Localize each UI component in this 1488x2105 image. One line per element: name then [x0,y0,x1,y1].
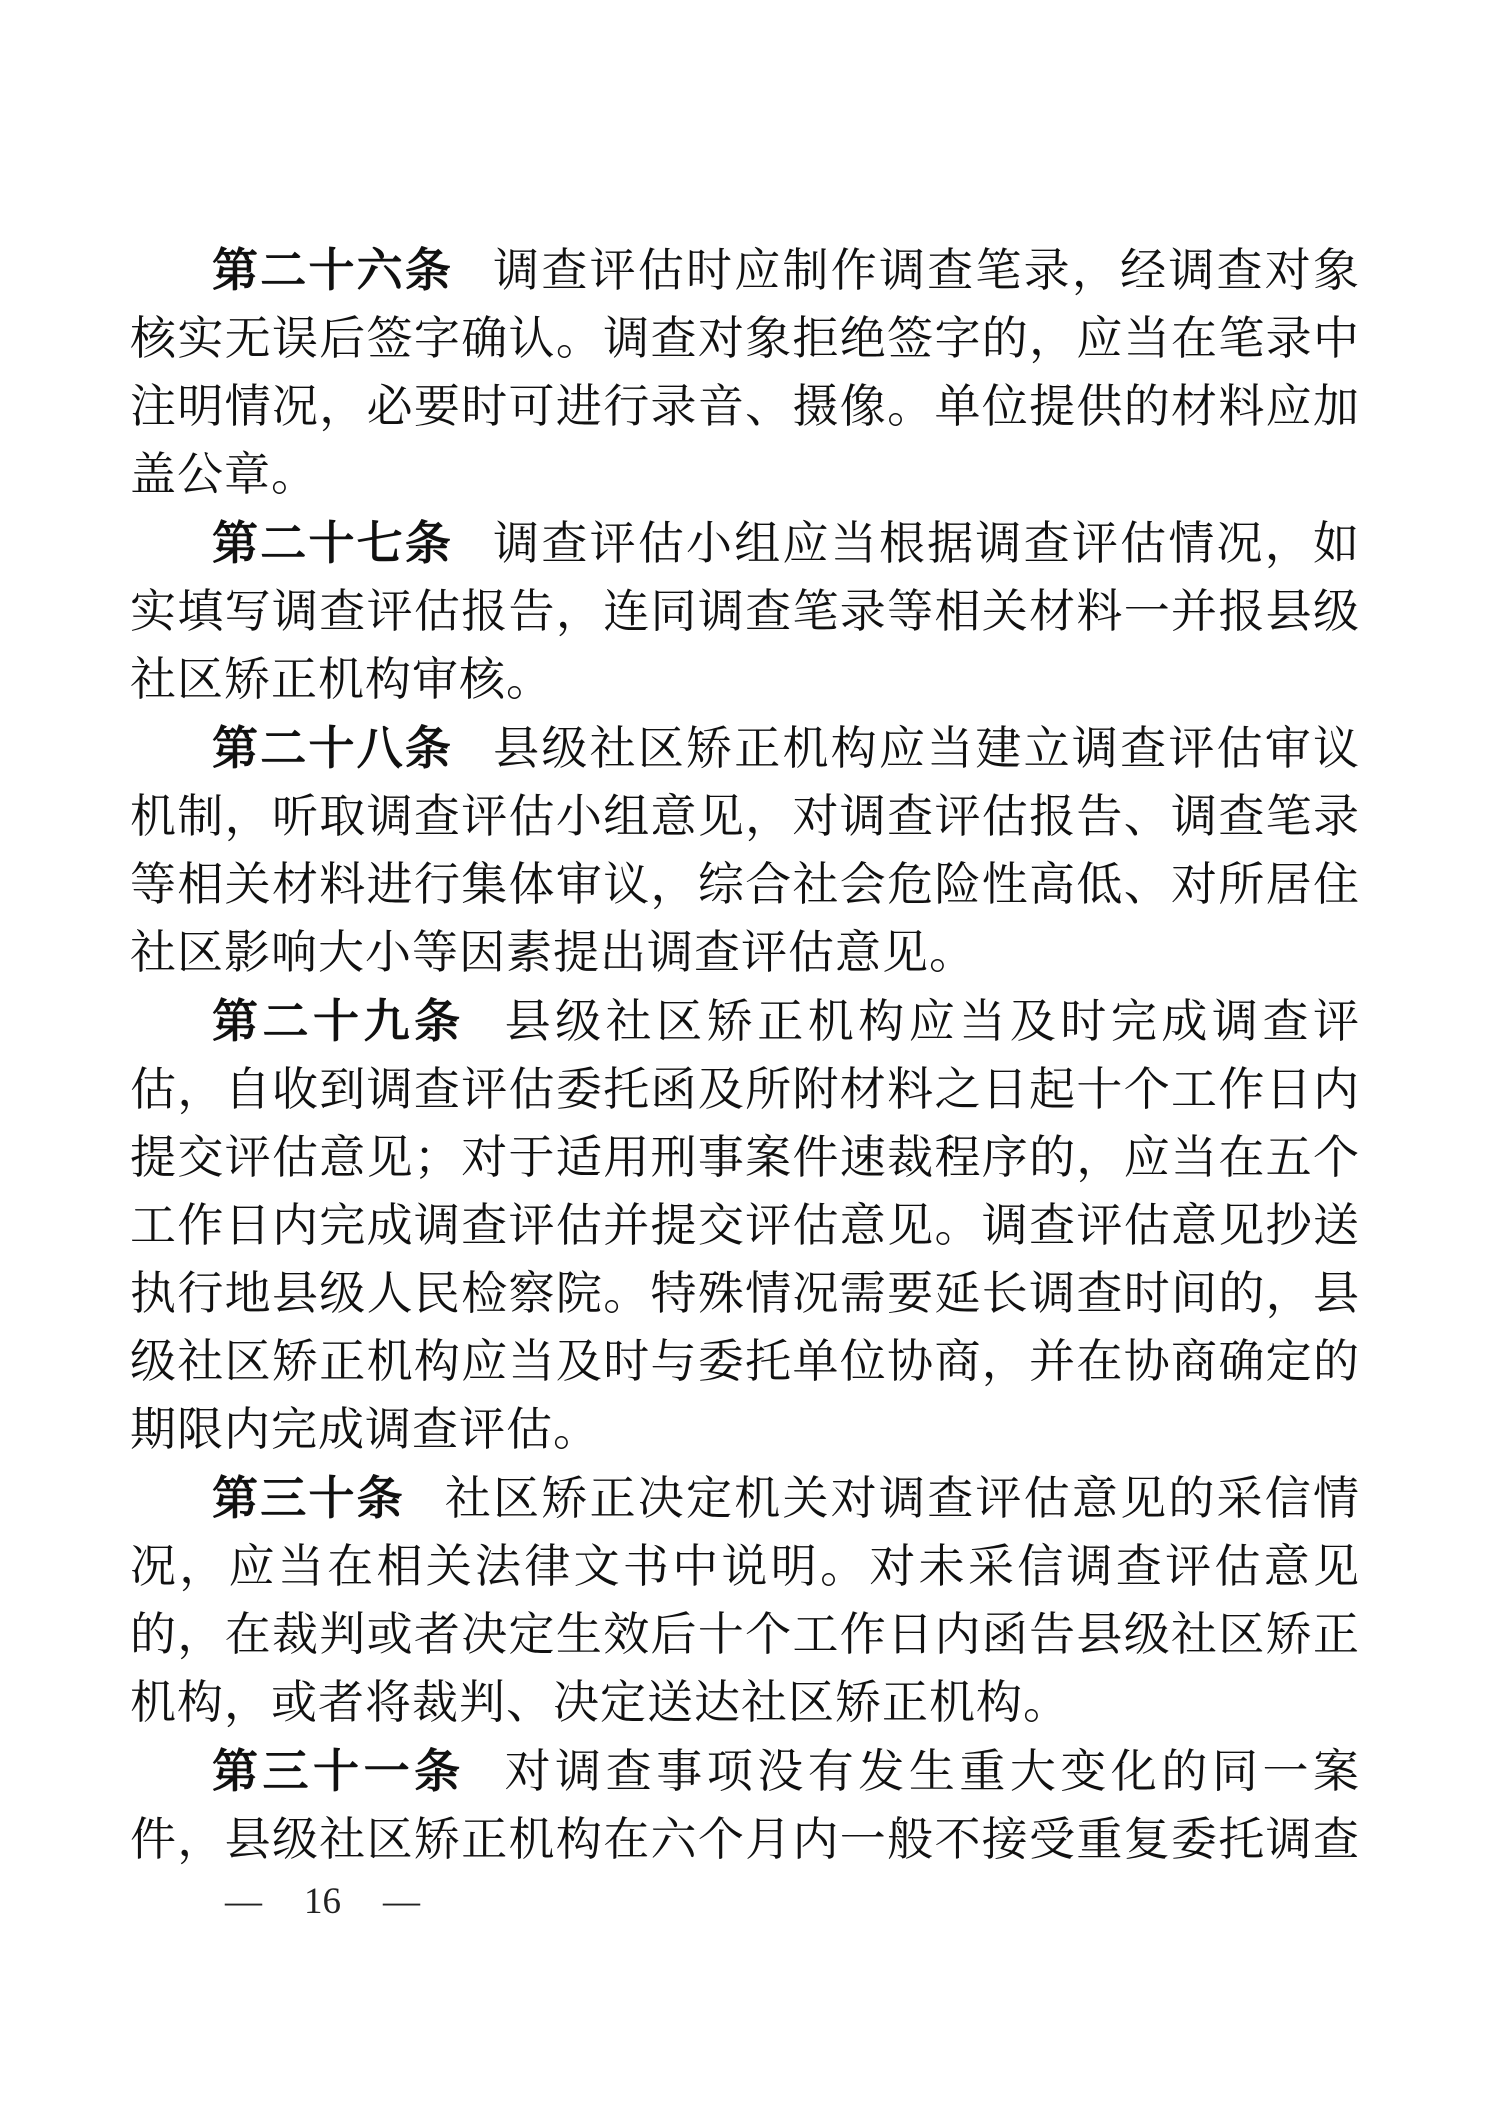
article-number: 第二十七条 [212,517,453,569]
footer-page-number: 16 [304,1880,341,1923]
article-number: 第二十九条 [212,995,465,1047]
article-paragraph: 第二十六条调查评估时应制作调查笔录，经调查对象核实无误后签字确认。调查对象拒绝签… [130,236,1360,509]
article-paragraph: 第三十条社区矫正决定机关对调查评估意见的采信情况，应当在相关法律文书中说明。对未… [130,1464,1360,1737]
footer-dash-left: — [225,1880,262,1923]
article-paragraph: 第三十一条对调查事项没有发生重大变化的同一案件，县级社区矫正机构在六个月内一般不… [130,1737,1360,1874]
article-paragraph: 第二十七条调查评估小组应当根据调查评估情况，如实填写调查评估报告，连同调查笔录等… [130,509,1360,714]
document-page: 第二十六条调查评估时应制作调查笔录，经调查对象核实无误后签字确认。调查对象拒绝签… [0,0,1488,2105]
page-footer: — 16 — [225,1880,420,1923]
article-number: 第三十一条 [212,1745,465,1797]
article-list: 第二十六条调查评估时应制作调查笔录，经调查对象核实无误后签字确认。调查对象拒绝签… [130,236,1360,1874]
article-paragraph: 第二十八条县级社区矫正机构应当建立调查评估审议机制，听取调查评估小组意见，对调查… [130,714,1360,987]
article-number: 第二十八条 [212,722,453,774]
footer-dash-right: — [383,1880,420,1923]
article-number: 第二十六条 [212,244,453,296]
article-text: 县级社区矫正机构应当及时完成调查评估，自收到调查评估委托函及所附材料之日起十个工… [130,996,1360,1455]
article-paragraph: 第二十九条县级社区矫正机构应当及时完成调查评估，自收到调查评估委托函及所附材料之… [130,987,1360,1464]
article-number: 第三十条 [212,1472,405,1524]
